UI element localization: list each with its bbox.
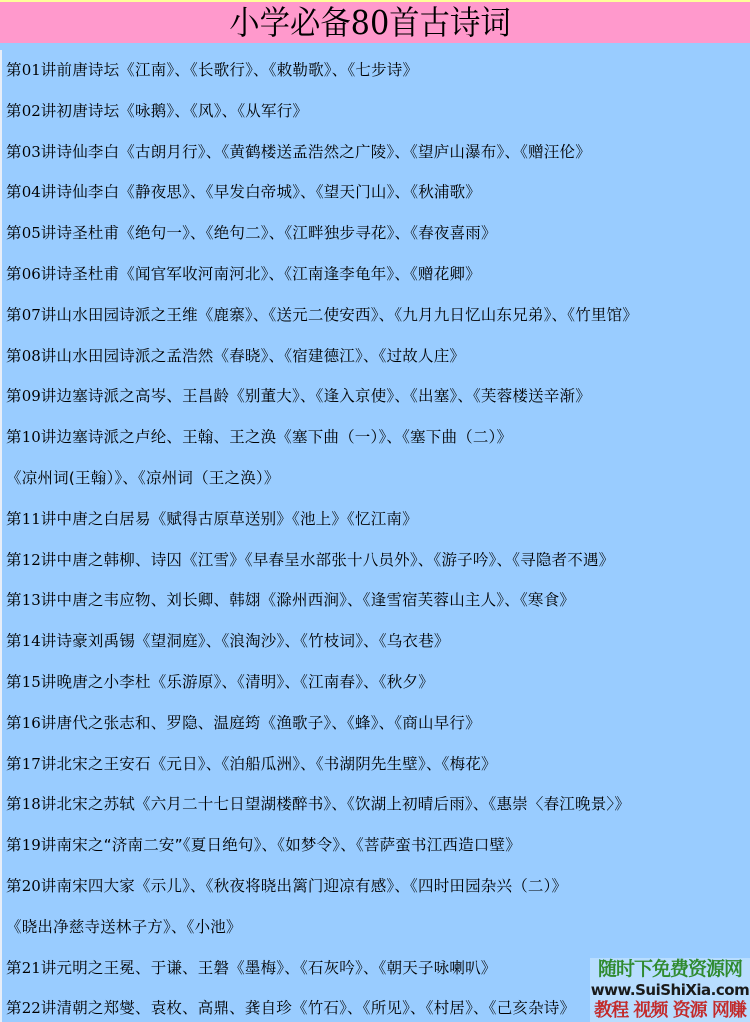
lesson-prefix: 第 [6, 795, 22, 813]
lesson-text: 讲南宋四大家《示儿》、《秋夜将晓出篱门迎凉有感》、《四时田园杂兴（二）》 [41, 877, 567, 895]
title-bar: 小学必备80首古诗词 [0, 2, 750, 43]
lesson-prefix: 第 [6, 61, 22, 79]
lesson-text: 讲中唐之韦应物、刘长卿、韩翃《滁州西涧》、《逢雪宿芙蓉山主人》、《寒食》 [41, 591, 575, 609]
lesson-row: 第20讲南宋四大家《示儿》、《秋夜将晓出篱门迎凉有感》、《四时田园杂兴（二）》 [6, 866, 567, 906]
lesson-row: 第15讲晚唐之小李杜《乐游原》、《清明》、《江南春》、《秋夕》 [6, 662, 434, 702]
lesson-number: 12 [22, 551, 41, 569]
lesson-prefix: 第 [6, 143, 22, 161]
lesson-row: 第10讲边塞诗派之卢纶、王翰、王之涣《塞下曲（一）》、《塞下曲（二）》 [6, 417, 512, 457]
lesson-row: 第21讲元明之王冕、于谦、王磐《墨梅》、《石灰吟》、《朝天子咏喇叭》 [6, 948, 497, 988]
lesson-prefix: 第 [6, 510, 22, 528]
watermark-url: www.SuiShiXia.com [590, 980, 750, 1000]
lesson-text: 《晓出净慈寺送林子方》、《小池》 [6, 918, 242, 936]
lesson-text: 讲晚唐之小李杜《乐游原》、《清明》、《江南春》、《秋夕》 [41, 673, 434, 691]
lesson-number: 10 [22, 428, 41, 446]
lesson-prefix: 第 [6, 224, 22, 242]
left-border [0, 50, 2, 1022]
lesson-text: 讲诗豪刘禹锡《望洞庭》、《浪淘沙》、《竹枝词》、《乌衣巷》 [41, 632, 450, 650]
lesson-text: 讲中唐之韩柳、诗囚《江雪》《早春呈水部张十八员外》、《游子吟》、《寻隐者不遇》 [41, 551, 615, 569]
lesson-number: 01 [22, 61, 41, 79]
lesson-prefix: 第 [6, 632, 22, 650]
lesson-row: 第04讲诗仙李白《静夜思》、《早发白帝城》、《望天门山》、《秋浦歌》 [6, 172, 481, 212]
lesson-text: 讲南宋之“济南二安”《夏日绝句》、《如梦令》、《菩萨蛮书江西造口壁》 [41, 836, 521, 854]
lesson-prefix: 第 [6, 428, 22, 446]
lesson-row: 第16讲唐代之张志和、罗隐、温庭筠《渔歌子》、《蜂》、《商山早行》 [6, 703, 481, 743]
lesson-number: 15 [22, 673, 41, 691]
lesson-text: 讲边塞诗派之高岑、王昌龄《别董大》、《逢入京使》、《出塞》、《芙蓉楼送辛渐》 [41, 387, 591, 405]
lesson-prefix: 第 [6, 387, 22, 405]
lesson-prefix: 第 [6, 836, 22, 854]
lesson-text: 讲诗仙李白《古朗月行》、《黄鹤楼送孟浩然之广陵》、《望庐山瀑布》、《赠汪伦》 [41, 143, 591, 161]
lesson-prefix: 第 [6, 755, 22, 773]
lesson-text: 讲诗圣杜甫《闻官军收河南河北》、《江南逢李龟年》、《赠花卿》 [41, 265, 481, 283]
lesson-number: 14 [22, 632, 41, 650]
watermark: 随时下免费资源网 www.SuiShiXia.com 教程 视频 资源 网赚 [590, 958, 750, 1022]
lesson-row: 第18讲北宋之苏轼《六月二十七日望湖楼醉书》、《饮湖上初晴后雨》、《惠崇〈春江晚… [6, 784, 630, 824]
lesson-text: 讲北宋之王安石《元日》、《泊船瓜洲》、《书湖阴先生壁》、《梅花》 [41, 755, 497, 773]
lesson-row: 第01讲前唐诗坛《江南》、《长歌行》、《敕勒歌》、《七步诗》 [6, 50, 418, 90]
lesson-text: 讲诗仙李白《静夜思》、《早发白帝城》、《望天门山》、《秋浦歌》 [41, 183, 481, 201]
lesson-number: 02 [22, 102, 41, 120]
lesson-text: 讲边塞诗派之卢纶、王翰、王之涣《塞下曲（一）》、《塞下曲（二）》 [41, 428, 512, 446]
lesson-number: 22 [22, 999, 41, 1017]
lesson-row-continuation: 《凉州词(王翰）》、《凉州词（王之涣）》 [6, 458, 280, 498]
lesson-prefix: 第 [6, 877, 22, 895]
lesson-number: 04 [22, 183, 41, 201]
lesson-number: 17 [22, 755, 41, 773]
watermark-tagline: 教程 视频 资源 网赚 [590, 1000, 750, 1022]
lesson-number: 09 [22, 387, 41, 405]
lesson-number: 06 [22, 265, 41, 283]
lesson-prefix: 第 [6, 306, 22, 324]
lesson-number: 03 [22, 143, 41, 161]
lesson-text: 讲山水田园诗派之孟浩然《春晓》、《宿建德江》、《过故人庄》 [41, 347, 465, 365]
lesson-number: 16 [22, 714, 41, 732]
lesson-row: 第13讲中唐之韦应物、刘长卿、韩翃《滁州西涧》、《逢雪宿芙蓉山主人》、《寒食》 [6, 580, 575, 620]
lesson-number: 13 [22, 591, 41, 609]
lesson-number: 21 [22, 959, 41, 977]
lesson-text: 讲初唐诗坛《咏鹅》、《风》、《从军行》 [41, 102, 308, 120]
lesson-text: 讲山水田园诗派之王维《鹿寨》、《送元二使安西》、《九月九日忆山东兄弟》、《竹里馆… [41, 306, 638, 324]
lesson-text: 讲元明之王冕、于谦、王磐《墨梅》、《石灰吟》、《朝天子咏喇叭》 [41, 959, 497, 977]
lesson-prefix: 第 [6, 999, 22, 1017]
lesson-row: 第02讲初唐诗坛《咏鹅》、《风》、《从军行》 [6, 91, 308, 131]
lesson-prefix: 第 [6, 551, 22, 569]
lesson-row: 第05讲诗圣杜甫《绝句一》、《绝句二》、《江畔独步寻花》、《春夜喜雨》 [6, 213, 497, 253]
lesson-prefix: 第 [6, 183, 22, 201]
lesson-row: 第19讲南宋之“济南二安”《夏日绝句》、《如梦令》、《菩萨蛮书江西造口壁》 [6, 825, 521, 865]
lesson-text: 《凉州词(王翰）》、《凉州词（王之涣）》 [6, 469, 280, 487]
lesson-text: 讲诗圣杜甫《绝句一》、《绝句二》、《江畔独步寻花》、《春夜喜雨》 [41, 224, 497, 242]
lesson-row: 第14讲诗豪刘禹锡《望洞庭》、《浪淘沙》、《竹枝词》、《乌衣巷》 [6, 621, 450, 661]
lesson-row: 第07讲山水田园诗派之王维《鹿寨》、《送元二使安西》、《九月九日忆山东兄弟》、《… [6, 295, 638, 335]
lesson-prefix: 第 [6, 714, 22, 732]
lesson-text: 讲前唐诗坛《江南》、《长歌行》、《敕勒歌》、《七步诗》 [41, 61, 418, 79]
lesson-prefix: 第 [6, 265, 22, 283]
page-title: 小学必备80首古诗词 [229, 2, 511, 43]
lesson-text: 讲北宋之苏轼《六月二十七日望湖楼醉书》、《饮湖上初晴后雨》、《惠崇〈春江晚景〉》 [41, 795, 630, 813]
lesson-row: 第11讲中唐之白居易《赋得古原草送别》《池上》《忆江南》 [6, 499, 418, 539]
lesson-number: 11 [22, 510, 41, 528]
lesson-prefix: 第 [6, 959, 22, 977]
lesson-text: 讲中唐之白居易《赋得古原草送别》《池上》《忆江南》 [41, 510, 418, 528]
watermark-site-name: 随时下免费资源网 [590, 958, 750, 980]
lesson-text: 讲清朝之郑燮、袁枚、高鼎、龚自珍《竹石》、《所见》、《村居》、《己亥杂诗》 [41, 999, 575, 1017]
lesson-prefix: 第 [6, 102, 22, 120]
lesson-number: 20 [22, 877, 41, 895]
lesson-number: 08 [22, 347, 41, 365]
lesson-row-continuation: 《晓出净慈寺送林子方》、《小池》 [6, 907, 242, 947]
lesson-text: 讲唐代之张志和、罗隐、温庭筠《渔歌子》、《蜂》、《商山早行》 [41, 714, 481, 732]
lesson-row: 第08讲山水田园诗派之孟浩然《春晓》、《宿建德江》、《过故人庄》 [6, 336, 465, 376]
lesson-number: 07 [22, 306, 41, 324]
lesson-prefix: 第 [6, 347, 22, 365]
lesson-row: 第12讲中唐之韩柳、诗囚《江雪》《早春呈水部张十八员外》、《游子吟》、《寻隐者不… [6, 540, 614, 580]
lesson-row: 第03讲诗仙李白《古朗月行》、《黄鹤楼送孟浩然之广陵》、《望庐山瀑布》、《赠汪伦… [6, 132, 591, 172]
lesson-prefix: 第 [6, 591, 22, 609]
lesson-prefix: 第 [6, 673, 22, 691]
lesson-row: 第22讲清朝之郑燮、袁枚、高鼎、龚自珍《竹石》、《所见》、《村居》、《己亥杂诗》 [6, 988, 575, 1022]
lesson-number: 05 [22, 224, 41, 242]
lesson-number: 19 [22, 836, 41, 854]
lesson-row: 第09讲边塞诗派之高岑、王昌龄《别董大》、《逢入京使》、《出塞》、《芙蓉楼送辛渐… [6, 376, 591, 416]
lesson-row: 第17讲北宋之王安石《元日》、《泊船瓜洲》、《书湖阴先生壁》、《梅花》 [6, 744, 497, 784]
lesson-row: 第06讲诗圣杜甫《闻官军收河南河北》、《江南逢李龟年》、《赠花卿》 [6, 254, 481, 294]
lesson-number: 18 [22, 795, 41, 813]
